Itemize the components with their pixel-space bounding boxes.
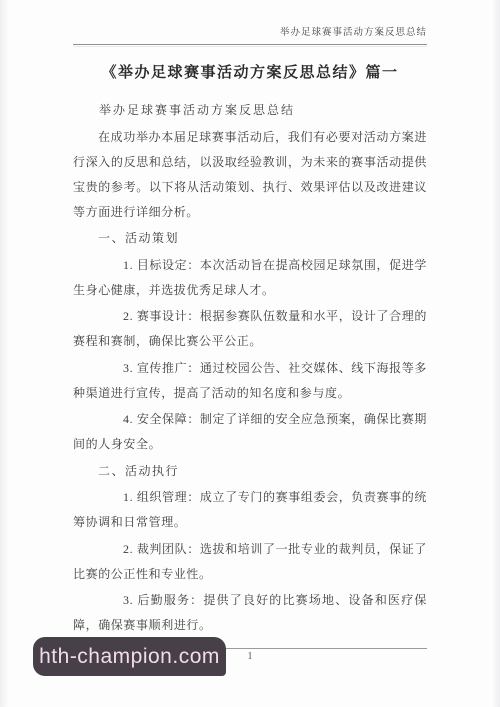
paragraph: 在成功举办本届足球赛事活动后，我们有必要对活动方案进行深入的反思和总结，以汲取经… bbox=[73, 125, 427, 225]
header-divider bbox=[73, 44, 427, 47]
document-body: 举办足球赛事活动方案反思总结 在成功举办本届足球赛事活动后，我们有必要对活动方案… bbox=[73, 98, 427, 638]
paragraph: 2. 赛事设计：根据参赛队伍数量和水平，设计了合理的赛程和赛制，确保比赛公平公正… bbox=[73, 304, 427, 354]
section-heading: 一、活动策划 bbox=[73, 226, 427, 251]
paragraph: 2. 裁判团队：选拔和培训了一批专业的裁判员，保证了比赛的公正性和专业性。 bbox=[73, 537, 427, 587]
section-heading: 二、活动执行 bbox=[73, 459, 427, 484]
page-header-text: 举办足球赛事活动方案反思总结 bbox=[73, 27, 427, 39]
page-left-edge-shade bbox=[0, 0, 8, 707]
document-title: 《举办足球赛事活动方案反思总结》篇一 bbox=[73, 61, 427, 82]
paragraph: 4. 安全保障：制定了详细的安全应急预案，确保比赛期间的人身安全。 bbox=[73, 407, 427, 457]
paragraph: 1. 组织管理：成立了专门的赛事组委会，负责赛事的统筹协调和日常管理。 bbox=[73, 485, 427, 535]
paragraph: 3. 宣传推广：通过校园公告、社交媒体、线下海报等多种渠道进行宣传，提高了活动的… bbox=[73, 356, 427, 406]
document-subtitle: 举办足球赛事活动方案反思总结 bbox=[73, 98, 427, 123]
page-right-edge-shade bbox=[492, 0, 500, 707]
document-page: 举办足球赛事活动方案反思总结 《举办足球赛事活动方案反思总结》篇一 举办足球赛事… bbox=[0, 0, 500, 707]
paragraph: 1. 目标设定：本次活动旨在提高校园足球氛围，促进学生身心健康，并选拔优秀足球人… bbox=[73, 253, 427, 303]
watermark-badge: hth-champion.com bbox=[33, 637, 226, 676]
paragraph: 3. 后勤服务：提供了良好的比赛场地、设备和医疗保障，确保赛事顺利进行。 bbox=[73, 588, 427, 638]
watermark-text: hth-champion.com bbox=[39, 645, 220, 669]
